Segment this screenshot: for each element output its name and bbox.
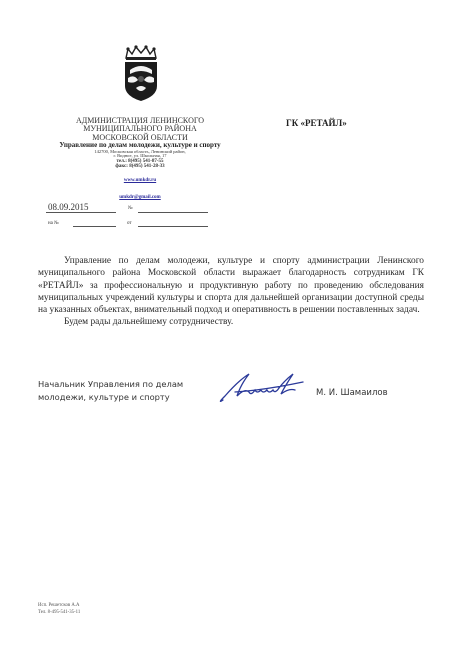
executor-name: Исп. Решетсков А.А [38, 602, 80, 609]
date-underline [46, 212, 116, 213]
executor-phone: Тел. 8-495-541-35-11 [38, 609, 80, 616]
handwritten-signature [215, 370, 320, 406]
letter-body: Управление по делам молодежи, культуре и… [38, 255, 424, 329]
email-link[interactable]: umkdr@gmail.com [119, 195, 160, 200]
signatory-title: Начальник Управления по делам молодежи, … [38, 378, 183, 403]
signatory-name: М. И. Шамаилов [316, 388, 388, 398]
signatory-title-line-2: молодежи, культуре и спорту [38, 391, 183, 404]
website-link[interactable]: www.umkdr.ru [124, 178, 156, 183]
number-underline [138, 212, 208, 213]
from-label: от [127, 221, 132, 226]
body-paragraph-1: Управление по делам молодежи, культуре и… [38, 255, 424, 316]
executor-info: Исп. Решетсков А.А Тел. 8-495-541-35-11 [38, 602, 80, 616]
body-paragraph-2: Будем рады дальнейшему сотрудничеству. [38, 316, 424, 328]
addressee: ГК «РЕТАЙЛ» [286, 118, 347, 128]
coat-of-arms-emblem [122, 44, 160, 102]
signatory-title-line-1: Начальник Управления по делам [38, 378, 183, 391]
number-label: № [128, 206, 133, 211]
in-reply-label: на № [48, 221, 59, 226]
in-reply-underline [73, 226, 116, 227]
letter-date: 08.09.2015 [48, 202, 89, 212]
letterhead: АДМИНИСТРАЦИЯ ЛЕНИНСКОГО МУНИЦИПАЛЬНОГО … [40, 117, 240, 203]
from-underline [138, 226, 208, 227]
